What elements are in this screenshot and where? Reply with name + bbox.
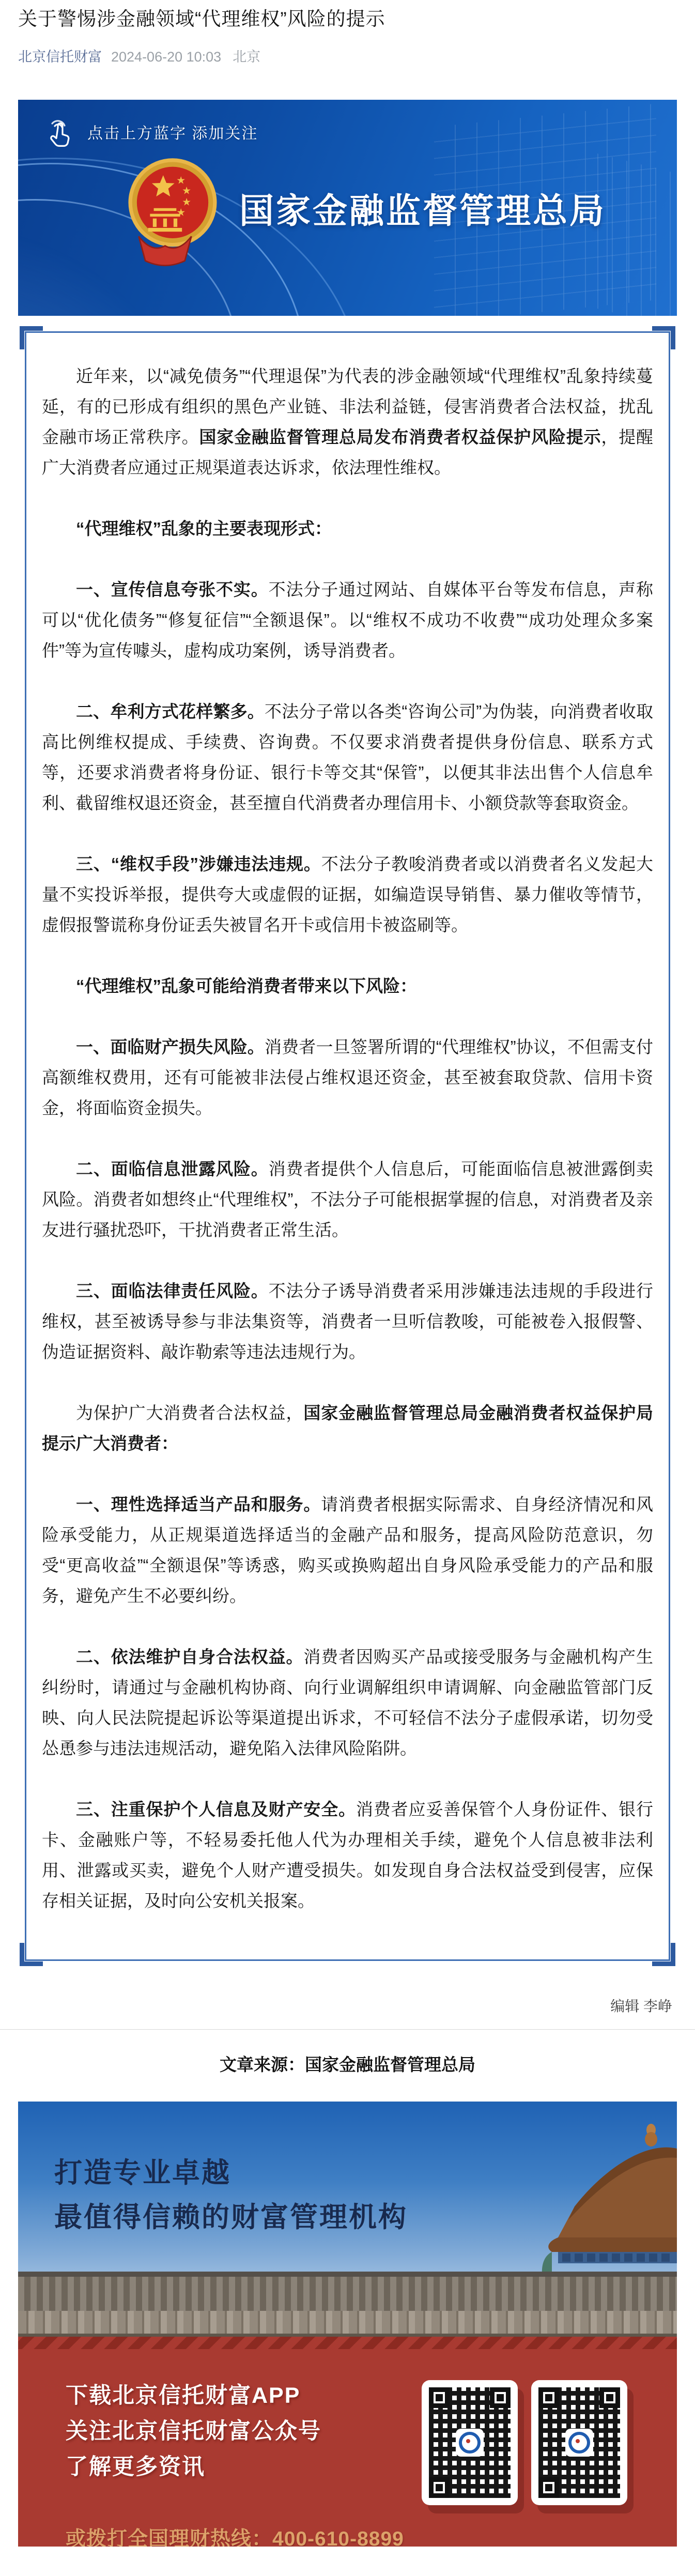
svg-text:★: ★: [182, 186, 191, 197]
paragraph: 二、牟利方式花样繁多。不法分子常以各类“咨询公司”为伪装，向消费者收取高比例维权…: [42, 696, 653, 818]
qr-codes: [422, 2380, 627, 2547]
paragraph: “代理维权”乱象可能给消费者带来以下风险：: [42, 971, 653, 1001]
eave-shadow-decor: [18, 2337, 677, 2349]
hotline-text: 或拨打全国理财热线：400-610-8899: [66, 2523, 404, 2547]
promo-slogan-line2: 最值得信赖的财富管理机构: [54, 2196, 408, 2240]
paragraph: 近年来，以“减免债务”“代理退保”为代表的涉金融领域“代理维权”乱象持续蔓延，有…: [42, 361, 653, 483]
national-emblem-icon: ★ ★ ★ ★: [126, 154, 220, 270]
frame-corner-decor: [652, 326, 675, 349]
article-page: 关于警惕涉金融领域“代理维权”风险的提示 北京信托财富 2024-06-20 1…: [0, 0, 695, 2574]
divider-line: [0, 2029, 695, 2030]
paragraph: 一、面临财产损失风险。消费者一旦签署所谓的“代理维权”协议，不但需支付高额维权费…: [42, 1032, 653, 1123]
paragraph: 为保护广大消费者合法权益，国家金融监督管理总局金融消费者权益保护局提示广大消费者…: [42, 1398, 653, 1459]
paragraph: “代理维权”乱象的主要表现形式：: [42, 513, 653, 544]
agency-banner-image: 点击上方蓝字 添加关注 ★ ★ ★ ★ 国家金融监督管理总局: [18, 100, 677, 316]
account-name-link[interactable]: 北京信托财富: [18, 45, 102, 66]
agency-name-text: 国家金融监督管理总局: [239, 183, 606, 233]
paragraph: 二、面临信息泄露风险。消费者提供个人信息后，可能面临信息被泄露倒卖风险。消费者如…: [42, 1154, 653, 1245]
frame-corner-decor: [652, 1943, 675, 1966]
svg-text:★: ★: [176, 175, 186, 187]
temple-roof-decor: [388, 2119, 677, 2279]
article-frame: 近年来，以“减免债务”“代理退保”为代表的涉金融领域“代理维权”乱象持续蔓延，有…: [20, 326, 675, 1966]
publish-time: 2024-06-20 10:03: [111, 49, 221, 65]
tap-finger-icon: [42, 115, 75, 148]
more-info-text: 了解更多资讯: [66, 2449, 404, 2485]
download-app-text: 下载北京信托财富APP: [66, 2378, 404, 2414]
bitic-logo-icon: [565, 2429, 593, 2457]
follow-account-text: 关注北京信托财富公众号: [66, 2414, 404, 2449]
editor-credit: 编辑 李峥: [23, 1995, 672, 2016]
promo-slogan: 打造专业卓越 最值得信赖的财富管理机构: [54, 2151, 408, 2240]
bottom-whitespace: [0, 2547, 695, 2574]
roof-tiles-decor: [18, 2311, 677, 2337]
wechat-qr-code: [531, 2380, 627, 2505]
paragraph: 三、注重保护个人信息及财产安全。消费者应妥善保管个人身份证件、银行卡、金融账户等…: [42, 1794, 653, 1916]
byline: 北京信托财富 2024-06-20 10:03 北京: [18, 45, 677, 66]
article-header: 关于警惕涉金融领域“代理维权”风险的提示 北京信托财富 2024-06-20 1…: [0, 0, 695, 66]
follow-hint: 点击上方蓝字 添加关注: [42, 115, 258, 148]
svg-text:★: ★: [182, 197, 191, 208]
tiled-wall-decor: [18, 2272, 677, 2311]
promo-slogan-line1: 打造专业卓越: [54, 2151, 408, 2195]
contact-footer: 下载北京信托财富APP 关注北京信托财富公众号 了解更多资讯 或拨打全国理财热线…: [18, 2311, 677, 2547]
article-body: 近年来，以“减免债务”“代理退保”为代表的涉金融领域“代理维权”乱象持续蔓延，有…: [25, 331, 670, 1961]
paragraph: 三、面临法律责任风险。不法分子诱导消费者采用涉嫌违法违规的手段进行维权，甚至被诱…: [42, 1276, 653, 1367]
paragraph: 一、理性选择适当产品和服务。请消费者根据实际需求、自身经济情况和风险承受能力，从…: [42, 1489, 653, 1611]
paragraph: 一、宣传信息夸张不实。不法分子通过网站、自媒体平台等发布信息，声称可以“优化债务…: [42, 574, 653, 666]
frame-corner-decor: [20, 326, 43, 349]
frame-corner-decor: [20, 1943, 43, 1966]
publish-location: 北京: [233, 45, 260, 66]
article-source: 文章来源：国家金融监督管理总局: [0, 2051, 695, 2076]
contact-text-block: 下载北京信托财富APP 关注北京信托财富公众号 了解更多资讯 或拨打全国理财热线…: [66, 2378, 404, 2547]
bitic-logo-icon: [456, 2429, 484, 2457]
paragraph: 三、“维权手段”涉嫌违法违规。不法分子教唆消费者或以消费者名义发起大量不实投诉举…: [42, 849, 653, 940]
page-title: 关于警惕涉金融领域“代理维权”风险的提示: [18, 7, 677, 31]
promo-banner-image: 打造专业卓越 最值得信赖的财富管理机构: [18, 2102, 677, 2311]
follow-hint-text: 点击上方蓝字 添加关注: [87, 120, 258, 143]
app-qr-code: [422, 2380, 518, 2505]
paragraph: 二、依法维护自身合法权益。消费者因购买产品或接受服务与金融机构产生纠纷时，请通过…: [42, 1642, 653, 1764]
